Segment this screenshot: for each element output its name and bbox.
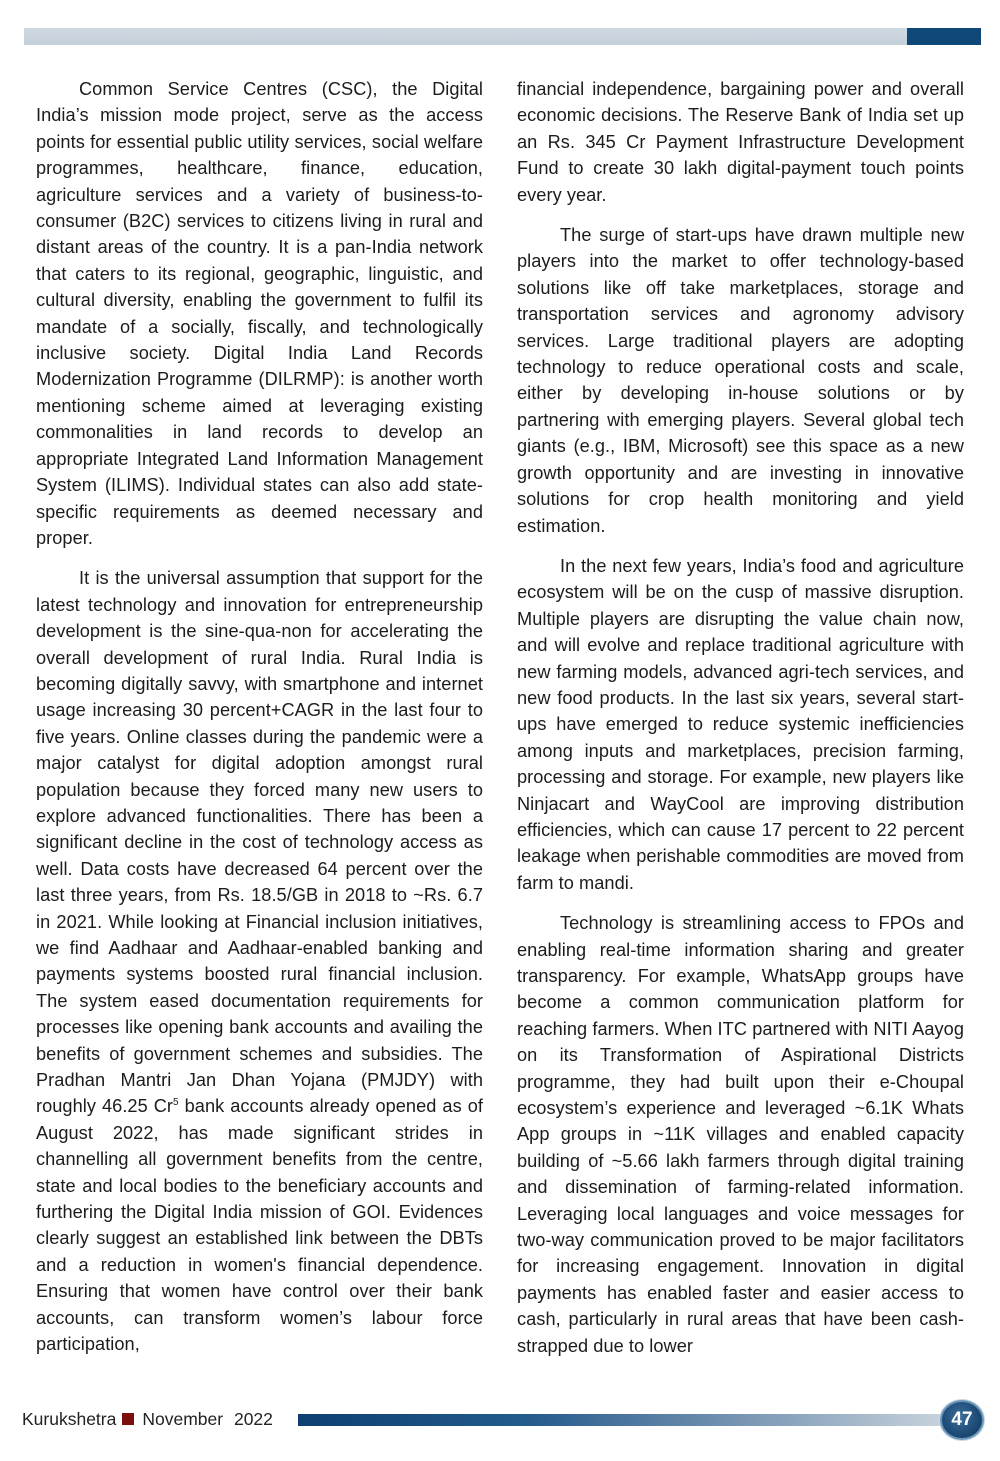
- publication-name: Kurukshetra: [22, 1409, 116, 1429]
- paragraph-startups: The surge of start-ups have drawn multip…: [517, 222, 964, 539]
- paragraph-csc: Common Service Centres (CSC), the Digita…: [36, 76, 483, 551]
- issue-month: November: [142, 1409, 223, 1429]
- article-body: Common Service Centres (CSC), the Digita…: [36, 76, 964, 1386]
- right-column: financial independence, bargaining power…: [517, 76, 964, 1370]
- footer-publication-info: KurukshetraNovember 2022: [22, 1409, 273, 1430]
- page-footer: KurukshetraNovember 2022 47: [0, 1400, 1000, 1440]
- paragraph-fpo-technology: Technology is streamlining access to FPO…: [517, 910, 964, 1359]
- issue-year: 2022: [234, 1409, 273, 1429]
- header-accent-block: [907, 28, 981, 45]
- paragraph-rbi-fund: financial independence, bargaining power…: [517, 76, 964, 208]
- paragraph-text: It is the universal assumption that supp…: [36, 568, 483, 1116]
- paragraph-agri-disruption: In the next few years, India’s food and …: [517, 553, 964, 896]
- paragraph-technology-adoption: It is the universal assumption that supp…: [36, 565, 483, 1357]
- page-number-badge: 47: [940, 1400, 984, 1440]
- header-decorative-bar: [24, 28, 981, 45]
- footer-gradient-bar: [298, 1414, 948, 1426]
- square-separator-icon: [122, 1413, 134, 1425]
- paragraph-text: bank accounts already opened as of Augus…: [36, 1096, 483, 1354]
- page-number: 47: [951, 1409, 972, 1431]
- left-column: Common Service Centres (CSC), the Digita…: [36, 76, 483, 1369]
